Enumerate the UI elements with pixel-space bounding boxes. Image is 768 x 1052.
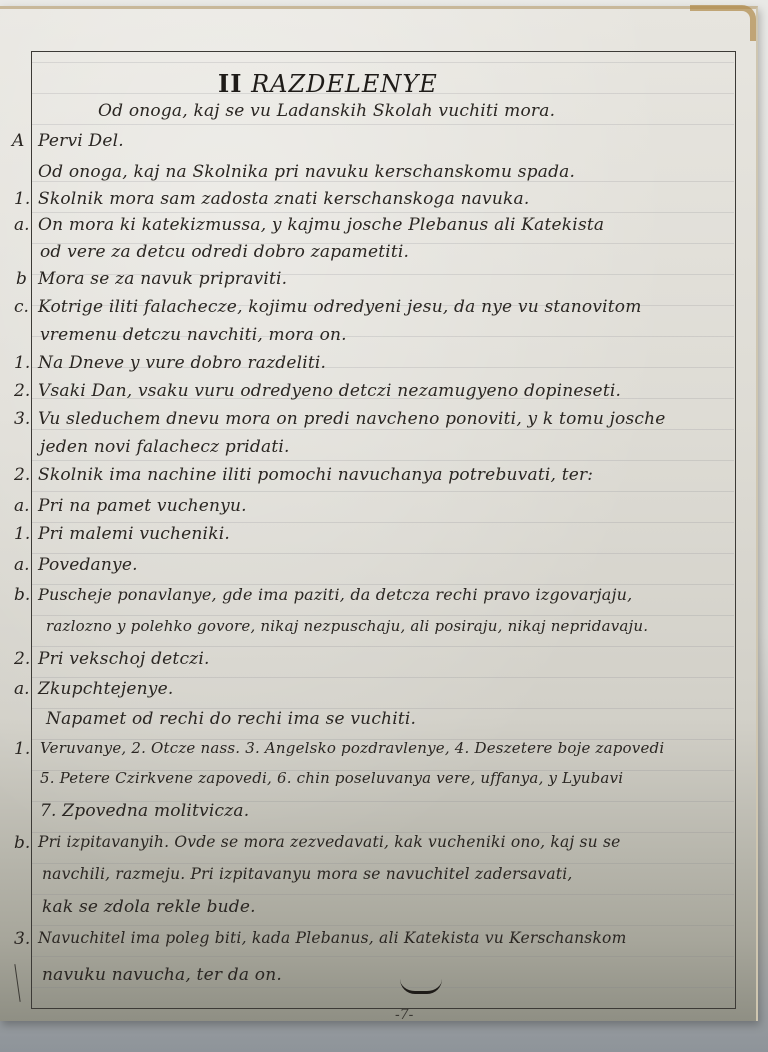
text-line: navchili, razmeju. Pri izpitavanyu mora …	[42, 865, 573, 883]
line-marker: 1.	[14, 189, 30, 209]
text-line: Pri vekschoj detczi.	[38, 649, 210, 669]
line-marker: 2.	[14, 649, 30, 669]
line-marker: 1.	[14, 524, 30, 544]
text-line: Kotrige iliti falachecze, kojimu odredye…	[38, 297, 642, 317]
text-line: Navuchitel ima poleg biti, kada Plebanus…	[38, 929, 626, 947]
line-marker: 3.	[14, 929, 30, 949]
text-line: Pervi Del.	[38, 131, 124, 151]
heading-word: RAZDELENYE	[251, 70, 438, 98]
line-marker: 1.	[14, 353, 30, 373]
margin-pencil-mark	[14, 964, 20, 1002]
line-marker: 1.	[14, 739, 30, 759]
text-line: 5. Petere Czirkvene zapovedi, 6. chin po…	[40, 769, 623, 787]
section-heading: II RAZDELENYE	[218, 69, 438, 98]
text-line: Vsaki Dan, vsaku vuru odredyeno detczi n…	[38, 381, 621, 401]
text-line: Pri na pamet vuchenyu.	[38, 496, 247, 516]
text-line: razlozno y polehko govore, nikaj nezpusc…	[46, 617, 648, 635]
text-line: Veruvanye, 2. Otcze nass. 3. Angelsko po…	[40, 739, 664, 757]
line-marker: a.	[14, 555, 30, 575]
text-line: Skolnik mora sam zadosta znati kerschans…	[38, 189, 529, 209]
line-marker: 3.	[14, 409, 30, 429]
line-marker: b.	[14, 833, 30, 853]
text-line: Pri izpitavanyih. Ovde se mora zezvedava…	[38, 833, 621, 851]
text-line: vremenu detczu navchiti, mora on.	[40, 325, 347, 345]
text-line: Mora se za navuk pripraviti.	[38, 269, 287, 289]
text-line: kak se zdola rekle bude.	[42, 897, 256, 917]
text-line: Skolnik ima nachine iliti pomochi navuch…	[38, 465, 593, 485]
heading-number: II	[218, 69, 242, 98]
subtitle: Od onoga, kaj se vu Ladanskih Skolah vuc…	[98, 101, 555, 121]
line-marker: a.	[14, 215, 30, 235]
line-marker: A	[12, 131, 24, 151]
text-line: Povedanye.	[38, 555, 138, 575]
text-line: Od onoga, kaj na Skolnika pri navuku ker…	[38, 162, 575, 182]
line-marker: b	[16, 269, 27, 289]
line-marker: a.	[14, 496, 30, 516]
text-line: jeden novi falachecz pridati.	[40, 437, 290, 457]
manuscript-page: II RAZDELENYE Od onoga, kaj se vu Ladans…	[0, 6, 758, 1021]
text-line: Vu sleduchem dnevu mora on predi navchen…	[38, 409, 666, 429]
text-line: navuku navucha, ter da on.	[42, 965, 282, 985]
text-line: On mora ki katekizmussa, y kajmu josche …	[38, 215, 604, 235]
page-number: -7-	[395, 1007, 413, 1023]
line-marker: a.	[14, 679, 30, 699]
line-marker: 2.	[14, 465, 30, 485]
text-line: Na Dneve y vure dobro razdeliti.	[38, 353, 326, 373]
line-marker: c.	[14, 297, 29, 317]
text-line: 7. Zpovedna molitvicza.	[40, 801, 249, 821]
text-line: Puscheje ponavlanye, gde ima paziti, da …	[38, 585, 632, 604]
text-line: Zkupchtejenye.	[38, 679, 173, 699]
text-line: Pri malemi vucheniki.	[38, 524, 230, 544]
line-marker: b.	[14, 585, 30, 605]
text-line: Napamet od rechi do rechi ima se vuchiti…	[46, 709, 416, 729]
text-line: od vere za detcu odredi dobro zapametiti…	[40, 242, 409, 262]
line-marker: 2.	[14, 381, 30, 401]
